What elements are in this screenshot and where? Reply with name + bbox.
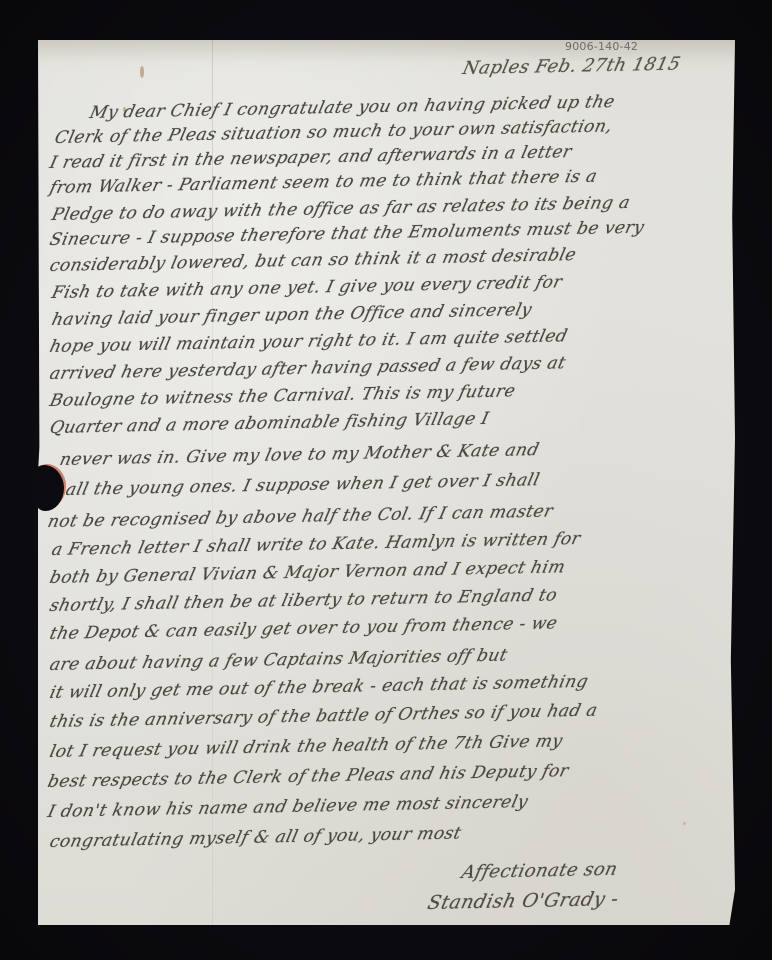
ink-stain <box>683 822 686 825</box>
ink-stain <box>140 66 144 78</box>
reference-number: 9006-140-42 <box>565 40 638 53</box>
scan-background: 9006-140-42 Naples Feb. 27th 1815 My dea… <box>0 0 772 960</box>
letter-closing: Affectionate son <box>460 859 620 883</box>
letter-signature: Standish O'Grady - <box>425 888 620 914</box>
